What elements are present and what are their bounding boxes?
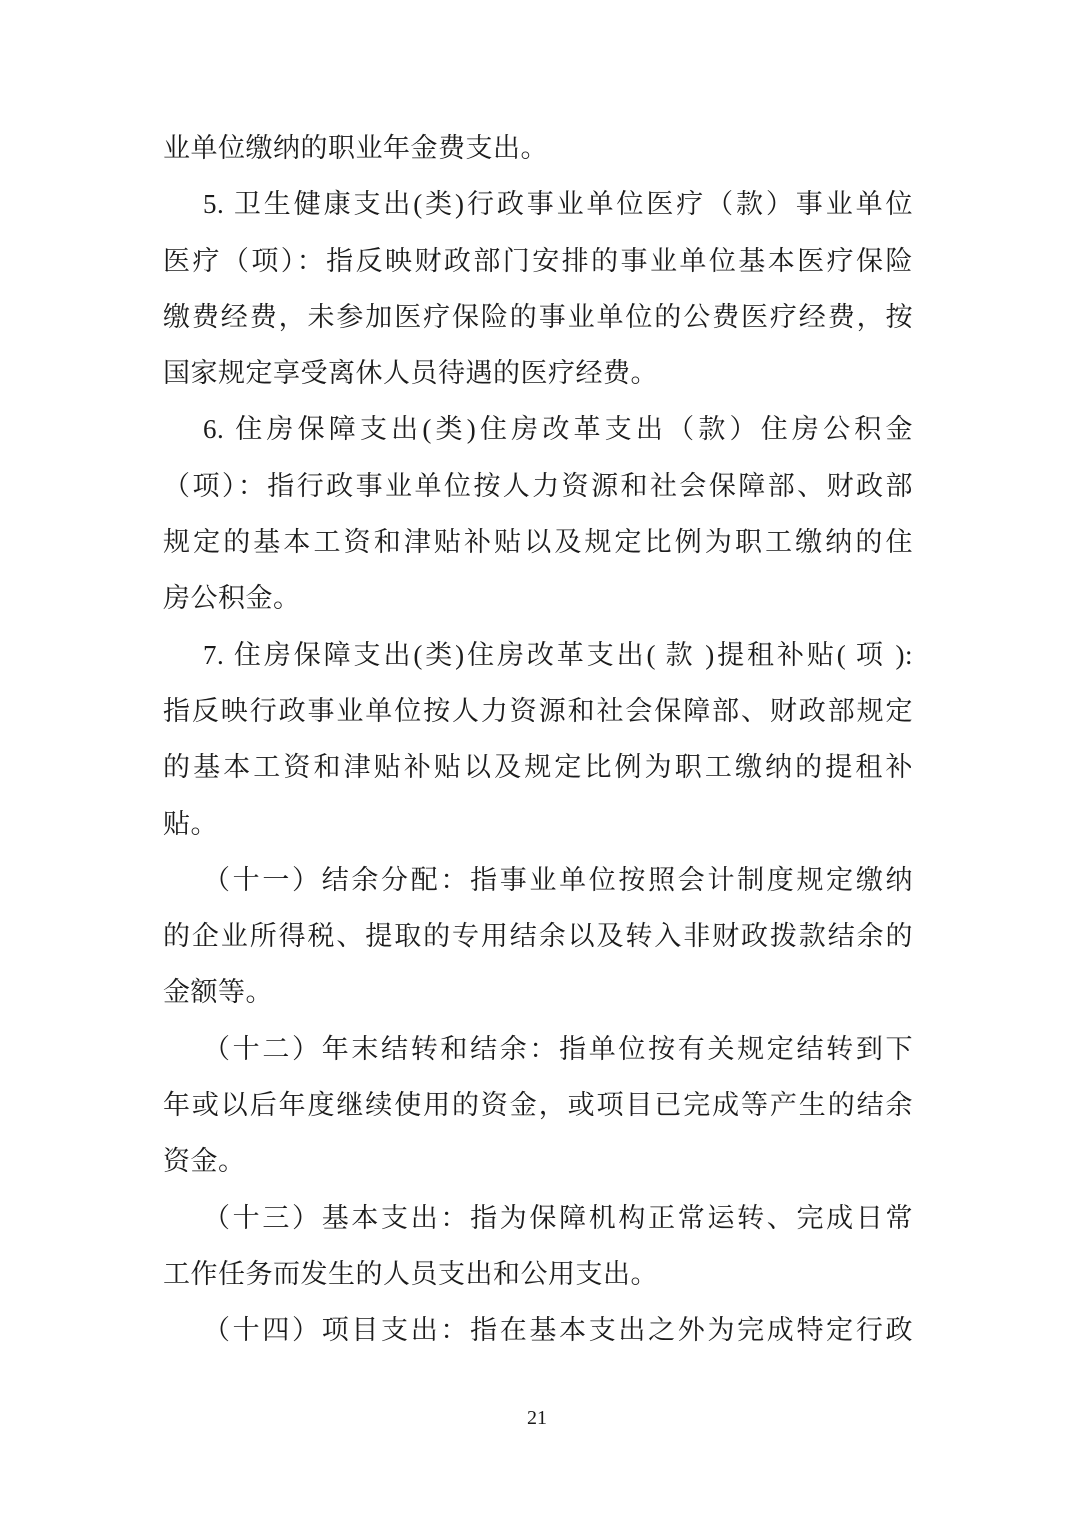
text-line: 业单位缴纳的职业年金费支出。 bbox=[163, 120, 913, 176]
text-line: 的企业所得税、提取的专用结余以及转入非财政拨款结余的 bbox=[163, 908, 913, 964]
text-line: 国家规定享受离休人员待遇的医疗经费。 bbox=[163, 345, 913, 401]
text-line: 房公积金。 bbox=[163, 570, 913, 626]
text-line: 的基本工资和津贴补贴以及规定比例为职工缴纳的提租补 bbox=[163, 739, 913, 795]
text-line: 规定的基本工资和津贴补贴以及规定比例为职工缴纳的住 bbox=[163, 514, 913, 570]
text-line: 5. 卫生健康支出(类)行政事业单位医疗（款）事业单位 bbox=[163, 176, 913, 232]
text-line: 年或以后年度继续使用的资金，或项目已完成等产生的结余 bbox=[163, 1077, 913, 1133]
text-line: （十三）基本支出：指为保障机构正常运转、完成日常 bbox=[163, 1190, 913, 1246]
text-line: 资金。 bbox=[163, 1133, 913, 1189]
body-text-block: 业单位缴纳的职业年金费支出。5. 卫生健康支出(类)行政事业单位医疗（款）事业单… bbox=[163, 120, 913, 1359]
document-page: 业单位缴纳的职业年金费支出。5. 卫生健康支出(类)行政事业单位医疗（款）事业单… bbox=[0, 0, 1074, 1520]
text-line: （项）：指行政事业单位按人力资源和社会保障部、财政部 bbox=[163, 458, 913, 514]
text-line: 金额等。 bbox=[163, 964, 913, 1020]
text-line: （十四）项目支出：指在基本支出之外为完成特定行政 bbox=[163, 1302, 913, 1358]
text-line: 6. 住房保障支出(类)住房改革支出（款）住房公积金 bbox=[163, 401, 913, 457]
text-line: 缴费经费，未参加医疗保险的事业单位的公费医疗经费，按 bbox=[163, 289, 913, 345]
text-line: 贴。 bbox=[163, 796, 913, 852]
text-line: 医疗（项）：指反映财政部门安排的事业单位基本医疗保险 bbox=[163, 233, 913, 289]
text-line: 指反映行政事业单位按人力资源和社会保障部、财政部规定 bbox=[163, 683, 913, 739]
text-line: 7. 住房保障支出(类)住房改革支出( 款 )提租补贴( 项 ): bbox=[163, 627, 913, 683]
page-number: 21 bbox=[0, 1406, 1074, 1430]
text-line: 工作任务而发生的人员支出和公用支出。 bbox=[163, 1246, 913, 1302]
text-line: （十二）年末结转和结余：指单位按有关规定结转到下 bbox=[163, 1021, 913, 1077]
text-line: （十一）结余分配：指事业单位按照会计制度规定缴纳 bbox=[163, 852, 913, 908]
